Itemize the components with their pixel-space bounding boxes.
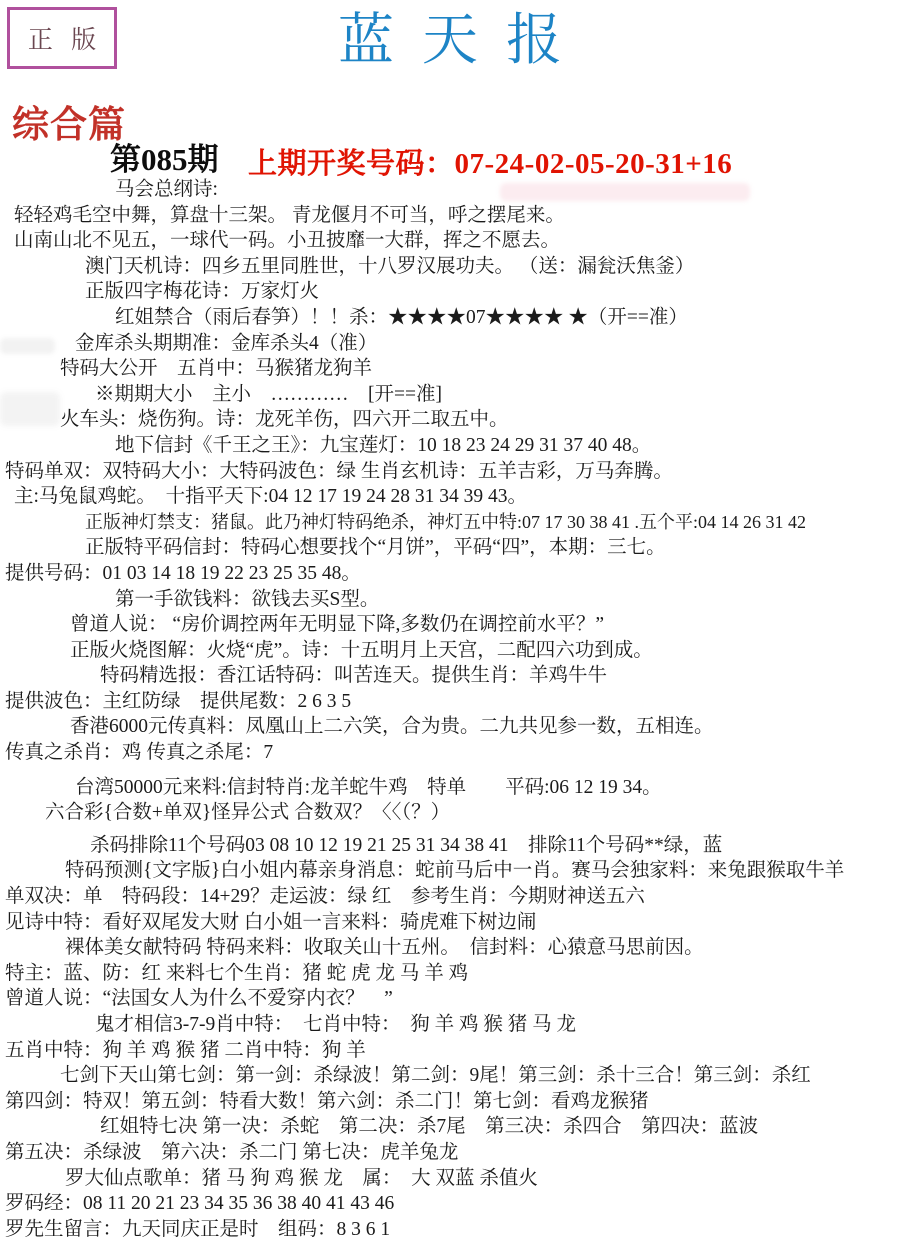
text-line-poem-special: 见诗中特：看好双尾发大财 白小姐一言来料：骑虎难下树边闹 bbox=[0, 910, 900, 936]
section-title: 综合篇 bbox=[12, 94, 126, 148]
text-line-luo-numbers: 罗码经：08 11 20 21 23 34 35 36 38 40 41 43 … bbox=[0, 1191, 900, 1217]
text-line-five-zodiac: 特码大公开 五肖中：马猴猪龙狗羊 bbox=[0, 356, 900, 382]
text-line-zengdaoren-quote: 曾道人说： “房价调控两年无明显下降,多数仍在调控前水平？” bbox=[0, 612, 900, 638]
text-line-zengdaoren-quote2: 曾道人说：“法国女人为什么不爱穿内衣？ ” bbox=[0, 986, 900, 1012]
text-line-seven-decisions-2: 第五决：杀绿波 第六决：杀二门 第七决：虎羊兔龙 bbox=[0, 1140, 900, 1166]
text-line-luo-songlist: 罗大仙点歌单：猪 马 狗 鸡 猴 龙 属： 大 双蓝 杀值火 bbox=[0, 1166, 900, 1192]
text-line-poem: 山南山北不见五，一球代一码。小丑披靡一大群，挥之不愿去。 bbox=[0, 228, 900, 254]
text-line-odd-even: 特码单双：双特码大小：大特码波色：绿 生肖玄机诗：五羊吉彩，万马奔腾。 bbox=[0, 459, 900, 485]
text-line-hongjie-kill: 红姐禁合（雨后春笋）！！杀：★★★★07★★★★ ★（开==准） bbox=[0, 305, 900, 331]
last-draw-result: 上期开奖号码：07-24-02-05-20-31+16 bbox=[248, 141, 732, 182]
newspaper-title: 蓝天报 bbox=[0, 8, 900, 75]
text-line-seven-swords-1: 七剑下天山第七剑：第一剑：杀绿波！第二剑：9尾！第三剑：杀十三合！第三剑：杀红 bbox=[0, 1063, 900, 1089]
text-line-fax-kill: 传真之杀肖：鸡 传真之杀尾：7 bbox=[0, 740, 900, 766]
text-line-379-zodiac: 鬼才相信3-7-9肖中特： 七肖中特： 狗 羊 鸡 猴 猪 马 龙 bbox=[0, 1012, 900, 1038]
text-line-big-small: ※期期大小 主小 ………… [开==准] bbox=[0, 382, 900, 408]
text-line-provided-numbers: 提供号码：01 03 14 18 19 22 23 25 35 48。 bbox=[0, 561, 900, 587]
text-line-main-zodiac: 主:马兔鼠鸡蛇。 十指平天下:04 12 17 19 24 28 31 34 3… bbox=[0, 484, 900, 510]
text-line-wave-color: 提供波色：主红防绿 提供尾数：2 6 3 5 bbox=[0, 689, 900, 715]
text-line-macau-poem: 澳门天机诗：四乡五里同胜世，十八罗汉展功夫。 （送：漏瓮沃焦釜） bbox=[0, 254, 900, 280]
text-line-seven-zodiac: 特主：蓝、防：红 来料七个生肖：猪 蛇 虎 龙 马 羊 鸡 bbox=[0, 961, 900, 987]
text-line-beauty-tip: 裸体美女献特码 特码来料：收取关山十五州。 信封料：心猿意马思前因。 bbox=[0, 935, 900, 961]
text-line-exclude-numbers: 杀码排除11个号码03 08 10 12 19 21 25 31 34 38 4… bbox=[0, 833, 900, 859]
text-line-money-tip: 第一手欲钱料：欲钱去买S型。 bbox=[0, 587, 900, 613]
text-line-hk-fax: 香港6000元传真料：凤凰山上二六笑，合为贵。二九共见参一数，五相连。 bbox=[0, 714, 900, 740]
text-line-special-envelope: 正版特平码信封：特码心想要找个“月饼”，平码“四”，本期：三七。 bbox=[0, 535, 900, 561]
text-line-fire-diagram: 正版火烧图解：火烧“虎”。诗：十五明月上天宫，二配四六功到成。 bbox=[0, 638, 900, 664]
text-line-taiwan-tip: 台湾50000元来料:信封特肖:龙羊蛇牛鸡 特单 平码:06 12 19 34。 bbox=[0, 775, 900, 801]
text-line-treasury-kill: 金库杀头期期准：金库杀头4（准） bbox=[0, 331, 900, 357]
text-line-five-two-zodiac: 五肖中特：狗 羊 鸡 猴 猪 二肖中特：狗 羊 bbox=[0, 1038, 900, 1064]
text-line-single-double: 单双决：单 特码段：14+29？走运波：绿 红 参考生肖：今期财神送五六 bbox=[0, 884, 900, 910]
issue-number: 第085期 bbox=[110, 134, 219, 179]
text-line-seven-decisions-1: 红姐特七决 第一决：杀蛇 第二决：杀7尾 第三决：杀四合 第四决：蓝波 bbox=[0, 1114, 900, 1140]
text-line-poem: 轻轻鸡毛空中舞，算盘十三架。 青龙偃月不可当，呼之摆尾来。 bbox=[0, 203, 900, 229]
text-line-plum-poem: 正版四字梅花诗：万家灯火 bbox=[0, 279, 900, 305]
text-line-envelope-numbers: 地下信封《千王之王》：九宝莲灯：10 18 23 24 29 31 37 40 … bbox=[0, 433, 900, 459]
text-line-seven-swords-2: 第四剑：特双！第五剑：特看大数！第六剑：杀二门！第七剑：看鸡龙猴猪 bbox=[0, 1089, 900, 1115]
text-line-prediction: 特码预测{文字版}白小姐内幕亲身消息：蛇前马后中一肖。赛马会独家料：来兔跟猴取牛… bbox=[0, 858, 900, 884]
text-line-train-head: 火车头：烧伤狗。诗：龙死羊伤，四六开二取五中。 bbox=[0, 407, 900, 433]
tip-sheet-body: 马会总纲诗: 轻轻鸡毛空中舞，算盘十三架。 青龙偃月不可当，呼之摆尾来。 山南山… bbox=[0, 177, 900, 1242]
text-line-luo-message: 罗先生留言：九天同庆正是时 组码：8 3 6 1 bbox=[0, 1217, 900, 1243]
text-line-lamp-kill: 正版神灯禁支：猪鼠。此乃神灯特码绝杀，神灯五中特:07 17 30 38 41 … bbox=[0, 510, 900, 536]
text-line-masthead-poem-heading: 马会总纲诗: bbox=[0, 177, 900, 203]
text-line-selected-report: 特码精选报：香江话特码：叫苦连天。提供生肖：羊鸡牛牛 bbox=[0, 663, 900, 689]
text-line-formula: 六合彩{合数+单双}怪异公式 合数双？〈〈（？） bbox=[0, 800, 900, 826]
